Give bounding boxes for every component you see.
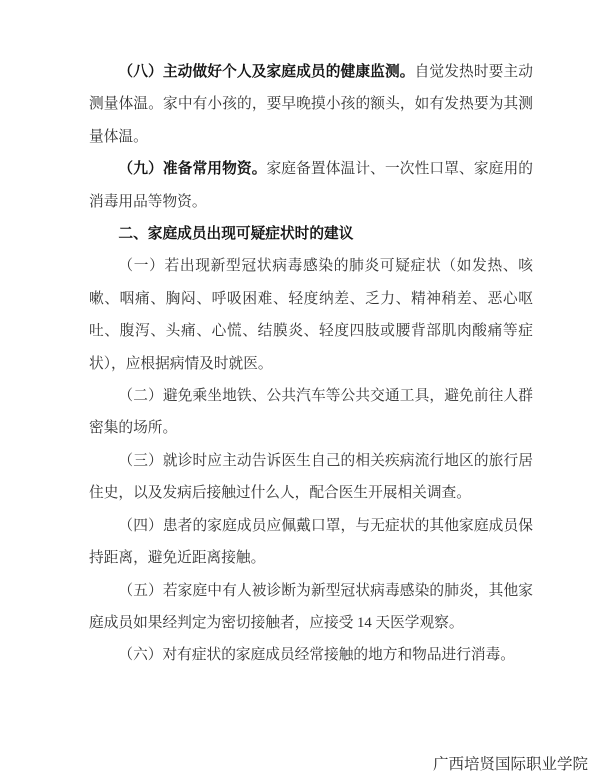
paragraph-9: （九）准备常用物资。家庭备置体温计、一次性口罩、家庭用的消毒用品等物资。 — [89, 153, 533, 218]
paragraph-9-lead: （九）准备常用物资。 — [118, 161, 266, 177]
item-4: （四）患者的家庭成员应佩戴口罩，与无症状的其他家庭成员保持距离，避免近距离接触。 — [89, 510, 533, 575]
document-page: （八）主动做好个人及家庭成员的健康监测。自觉发热时要主动测量体温。家中有小孩的，… — [0, 0, 596, 777]
watermark: 广西培贤国际职业学院 — [433, 755, 588, 775]
item-5: （五）若家庭中有人被诊断为新型冠状病毒感染的肺炎，其他家庭成员如果经判定为密切接… — [89, 575, 533, 640]
item-6: （六）对有症状的家庭成员经常接触的地方和物品进行消毒。 — [89, 639, 533, 671]
body-text: （八）主动做好个人及家庭成员的健康监测。自觉发热时要主动测量体温。家中有小孩的，… — [89, 56, 533, 672]
item-2: （二）避免乘坐地铁、公共汽车等公共交通工具，避免前往人群密集的场所。 — [89, 380, 533, 445]
item-1: （一）若出现新型冠状病毒感染的肺炎可疑症状（如发热、咳嗽、咽痛、胸闷、呼吸困难、… — [89, 250, 533, 380]
section-heading: 二、家庭成员出现可疑症状时的建议 — [89, 218, 533, 250]
paragraph-8-lead: （八）主动做好个人及家庭成员的健康监测。 — [118, 64, 414, 80]
item-3: （三）就诊时应主动告诉医生自己的相关疾病流行地区的旅行居住史，以及发病后接触过什… — [89, 445, 533, 510]
paragraph-8: （八）主动做好个人及家庭成员的健康监测。自觉发热时要主动测量体温。家中有小孩的，… — [89, 56, 533, 153]
